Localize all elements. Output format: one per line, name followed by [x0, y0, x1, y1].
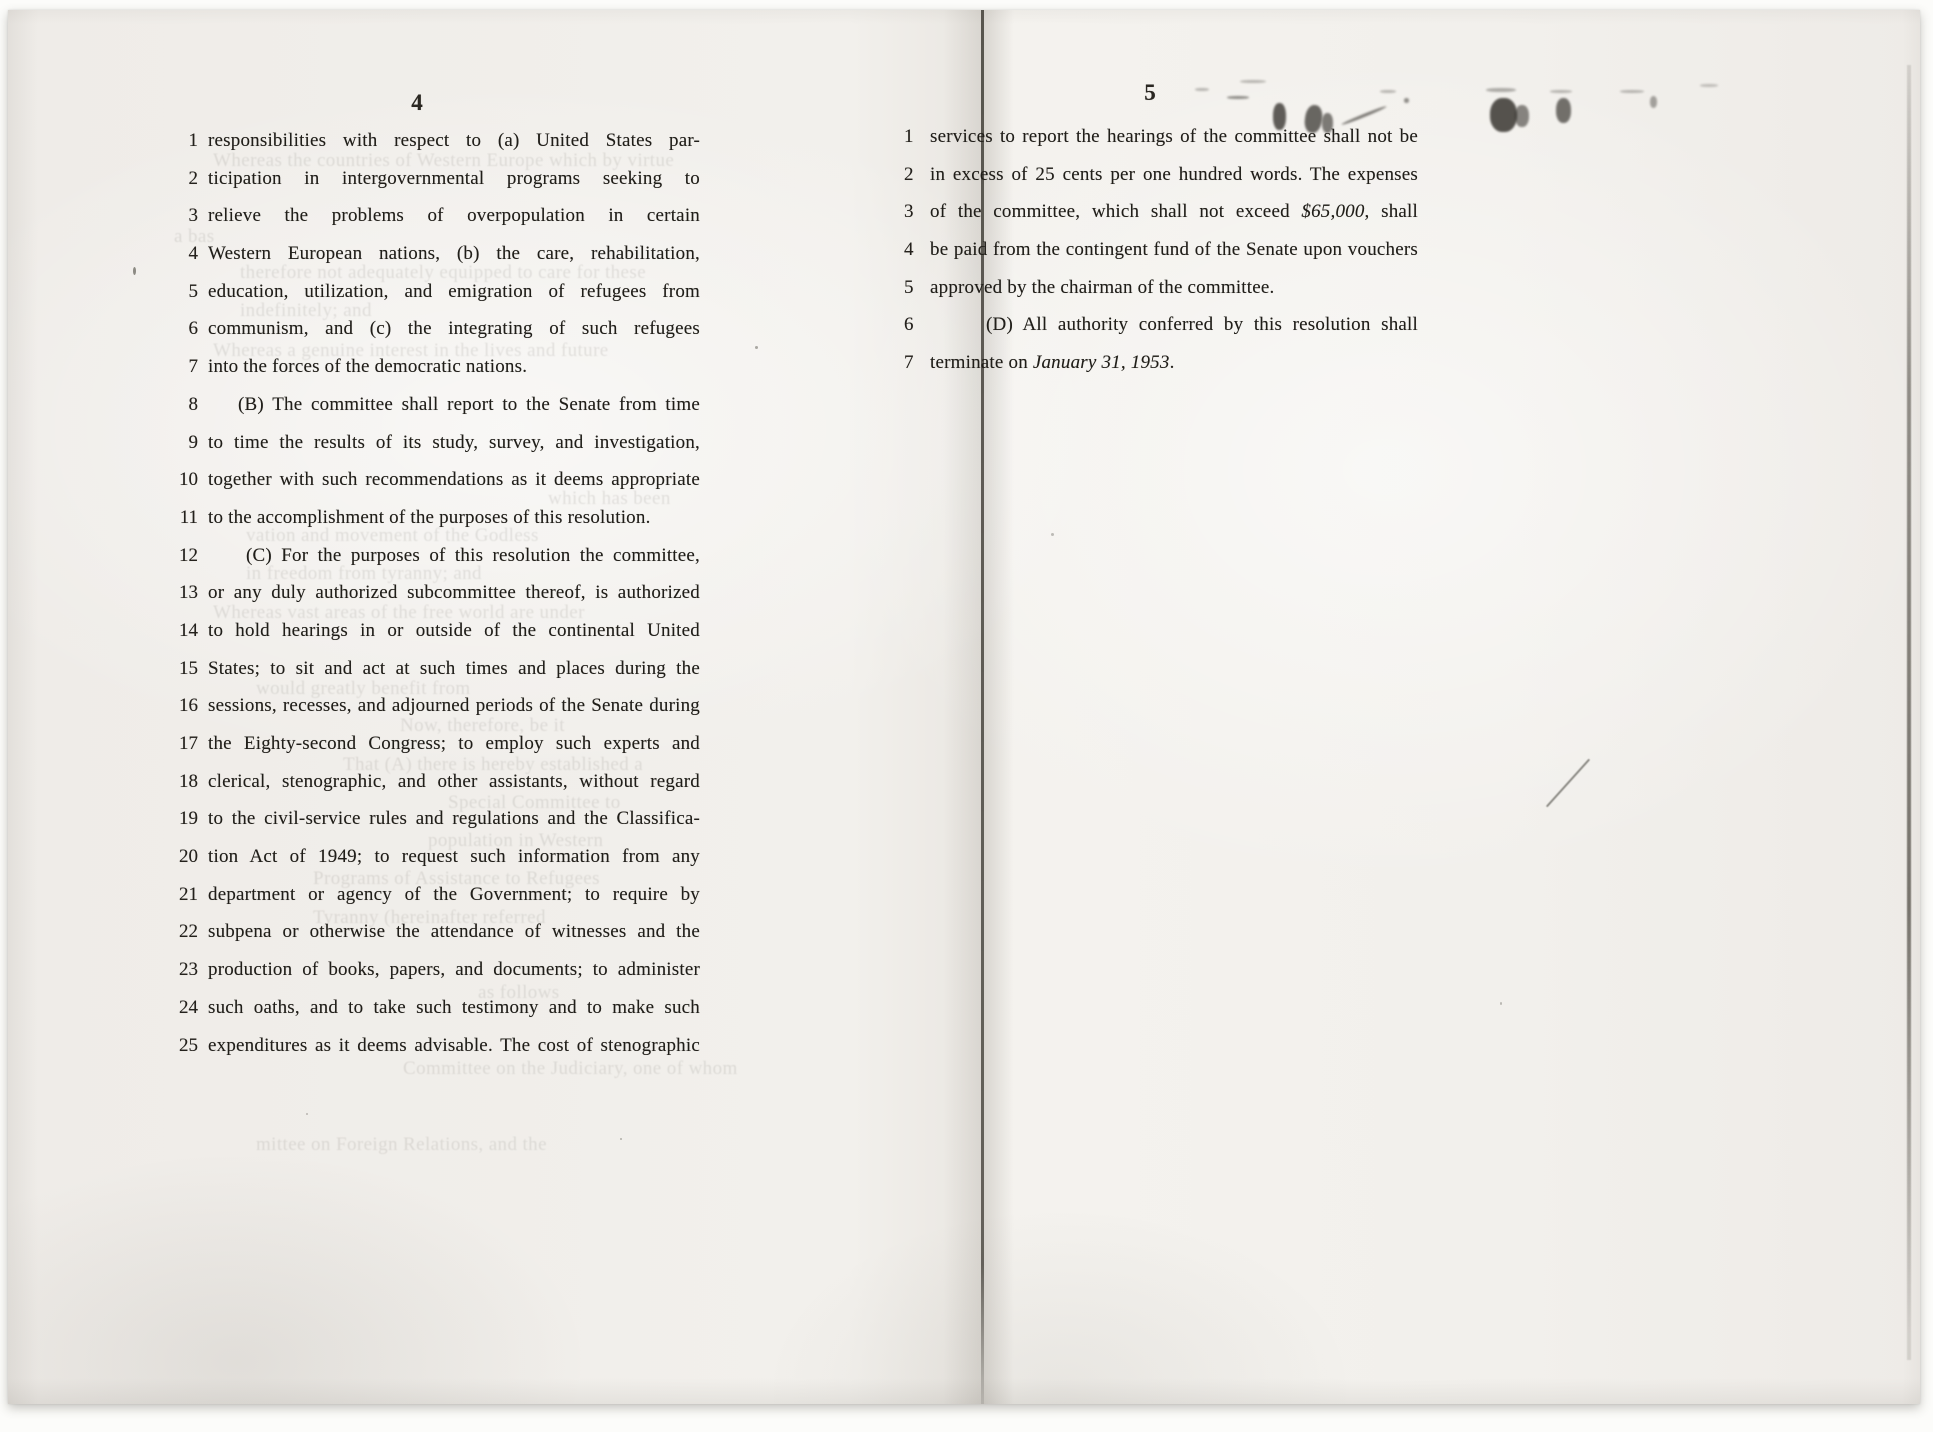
- paper-speck: [755, 346, 758, 349]
- ink-smudge: [1700, 84, 1718, 87]
- line-number: 1: [904, 118, 934, 156]
- bleed-through-text: population in Western: [428, 830, 603, 852]
- bleed-through-text: as follows: [478, 982, 560, 1004]
- paper-speck: [133, 267, 136, 275]
- line-number: 15: [162, 650, 198, 688]
- line-text: production of books, papers, and documen…: [208, 951, 700, 989]
- page-5-text-block: 1services to report the hearings of the …: [930, 118, 1418, 382]
- ink-smudge: [1195, 88, 1209, 91]
- page-number-4: 4: [397, 90, 437, 116]
- text-line: 6(D) All authority conferred by this res…: [930, 306, 1418, 344]
- line-number: 11: [162, 499, 198, 537]
- line-text: be paid from the contingent fund of the …: [930, 231, 1418, 269]
- bleed-through-text: mittee on Foreign Relations, and the: [256, 1134, 547, 1156]
- line-number: 16: [162, 687, 198, 725]
- ink-smudge: [1550, 90, 1572, 93]
- text-line: 4be paid from the contingent fund of the…: [930, 231, 1418, 269]
- bleed-through-text: therefore not adequately equipped to car…: [240, 262, 646, 284]
- bleed-through-text: Special Committee to: [448, 792, 621, 814]
- paper-speck: [306, 1113, 308, 1115]
- line-number: 5: [162, 273, 198, 311]
- bleed-through-text: Tyranny (hereinafter referred: [313, 907, 546, 929]
- line-number: 13: [162, 574, 198, 612]
- line-text: in excess of 25 cents per one hundred wo…: [930, 156, 1418, 194]
- line-text: (D) All authority conferred by this reso…: [930, 306, 1418, 344]
- line-number: 22: [162, 913, 198, 951]
- pen-scratch: [1546, 759, 1590, 808]
- ink-smudge: [1322, 113, 1333, 133]
- line-text: of the committee, which shall not exceed…: [930, 193, 1418, 231]
- line-number: 25: [162, 1027, 198, 1065]
- line-number: 2: [904, 156, 934, 194]
- line-number: 1: [162, 122, 198, 160]
- page-number-5: 5: [1130, 80, 1170, 106]
- bleed-through-text: Now, therefore, be it: [400, 715, 565, 737]
- bleed-through-text: That (A) there is hereby established a: [343, 754, 643, 776]
- ink-smudge: [1273, 103, 1286, 130]
- ink-smudge: [1620, 90, 1644, 93]
- bleed-through-text: a bas: [174, 226, 215, 248]
- line-number: 24: [162, 989, 198, 1027]
- bleed-through-text: Programs of Assistance to Refugees: [313, 868, 600, 890]
- ink-smudge: [1556, 98, 1571, 123]
- line-text: terminate on January 31, 1953.: [930, 344, 1418, 382]
- paper-speck: [620, 1138, 622, 1140]
- line-number: 5: [904, 269, 934, 307]
- document-spread: 4 5 1responsibilities with respect to (a…: [8, 10, 1920, 1404]
- text-line: 23production of books, papers, and docum…: [208, 951, 700, 989]
- line-number: 2: [162, 160, 198, 198]
- ink-smudge: [1490, 98, 1517, 132]
- ink-smudge: [1486, 88, 1516, 92]
- line-text: (B) The committee shall report to the Se…: [208, 386, 700, 424]
- ink-smudge: [1515, 105, 1529, 127]
- bleed-through-text: in freedom from tyranny; and: [246, 563, 482, 585]
- line-number: 20: [162, 838, 198, 876]
- line-number: 8: [162, 386, 198, 424]
- line-text: approved by the chairman of the committe…: [930, 269, 1418, 307]
- line-number: 9: [162, 424, 198, 462]
- page-right-edge: [1907, 65, 1911, 1360]
- text-line: 9to time the results of its study, surve…: [208, 424, 700, 462]
- bleed-through-text: would greatly benefit from: [256, 678, 471, 700]
- ink-smudge: [1650, 96, 1657, 108]
- paper-speck: [1500, 1002, 1502, 1005]
- paper-speck: [1051, 533, 1054, 536]
- text-line: 5approved by the chairman of the committ…: [930, 269, 1418, 307]
- text-line: 2in excess of 25 cents per one hundred w…: [930, 156, 1418, 194]
- line-number: 17: [162, 725, 198, 763]
- bleed-through-text: Whereas vast areas of the free world are…: [213, 602, 585, 624]
- line-text: relieve the problems of overpopulation i…: [208, 197, 700, 235]
- text-line: 24such oaths, and to take such testimony…: [208, 989, 700, 1027]
- text-line: 3of the committee, which shall not excee…: [930, 193, 1418, 231]
- ink-smudge: [1380, 90, 1396, 93]
- line-number: 7: [904, 344, 934, 382]
- line-number: 12: [162, 537, 198, 575]
- line-text: to time the results of its study, survey…: [208, 424, 700, 462]
- bleed-through-text: indefinitely; and: [240, 300, 372, 322]
- line-number: 6: [162, 310, 198, 348]
- bleed-through-text: which has been: [548, 488, 671, 510]
- ink-smudge: [1240, 80, 1266, 83]
- line-number: 3: [904, 193, 934, 231]
- text-line: 3relieve the problems of overpopulation …: [208, 197, 700, 235]
- ink-smudge: [1404, 98, 1409, 103]
- line-text: such oaths, and to take such testimony a…: [208, 989, 700, 1027]
- line-number: 18: [162, 763, 198, 801]
- line-number: 10: [162, 461, 198, 499]
- bleed-through-text: Whereas a genuine interest in the lives …: [213, 340, 609, 362]
- line-number: 23: [162, 951, 198, 989]
- bleed-through-text: Committee on the Judiciary, one of whom: [403, 1058, 738, 1080]
- line-number: 4: [904, 231, 934, 269]
- line-number: 6: [904, 306, 934, 344]
- line-number: 21: [162, 876, 198, 914]
- text-line: 8(B) The committee shall report to the S…: [208, 386, 700, 424]
- line-number: 7: [162, 348, 198, 386]
- ink-smudge: [1227, 96, 1249, 99]
- bleed-through-text: vation and movement of the Godless: [246, 525, 539, 547]
- bleed-through-text: Whereas the countries of Western Europe …: [213, 150, 674, 172]
- line-number: 19: [162, 800, 198, 838]
- text-line: 7terminate on January 31, 1953.: [930, 344, 1418, 382]
- line-number: 14: [162, 612, 198, 650]
